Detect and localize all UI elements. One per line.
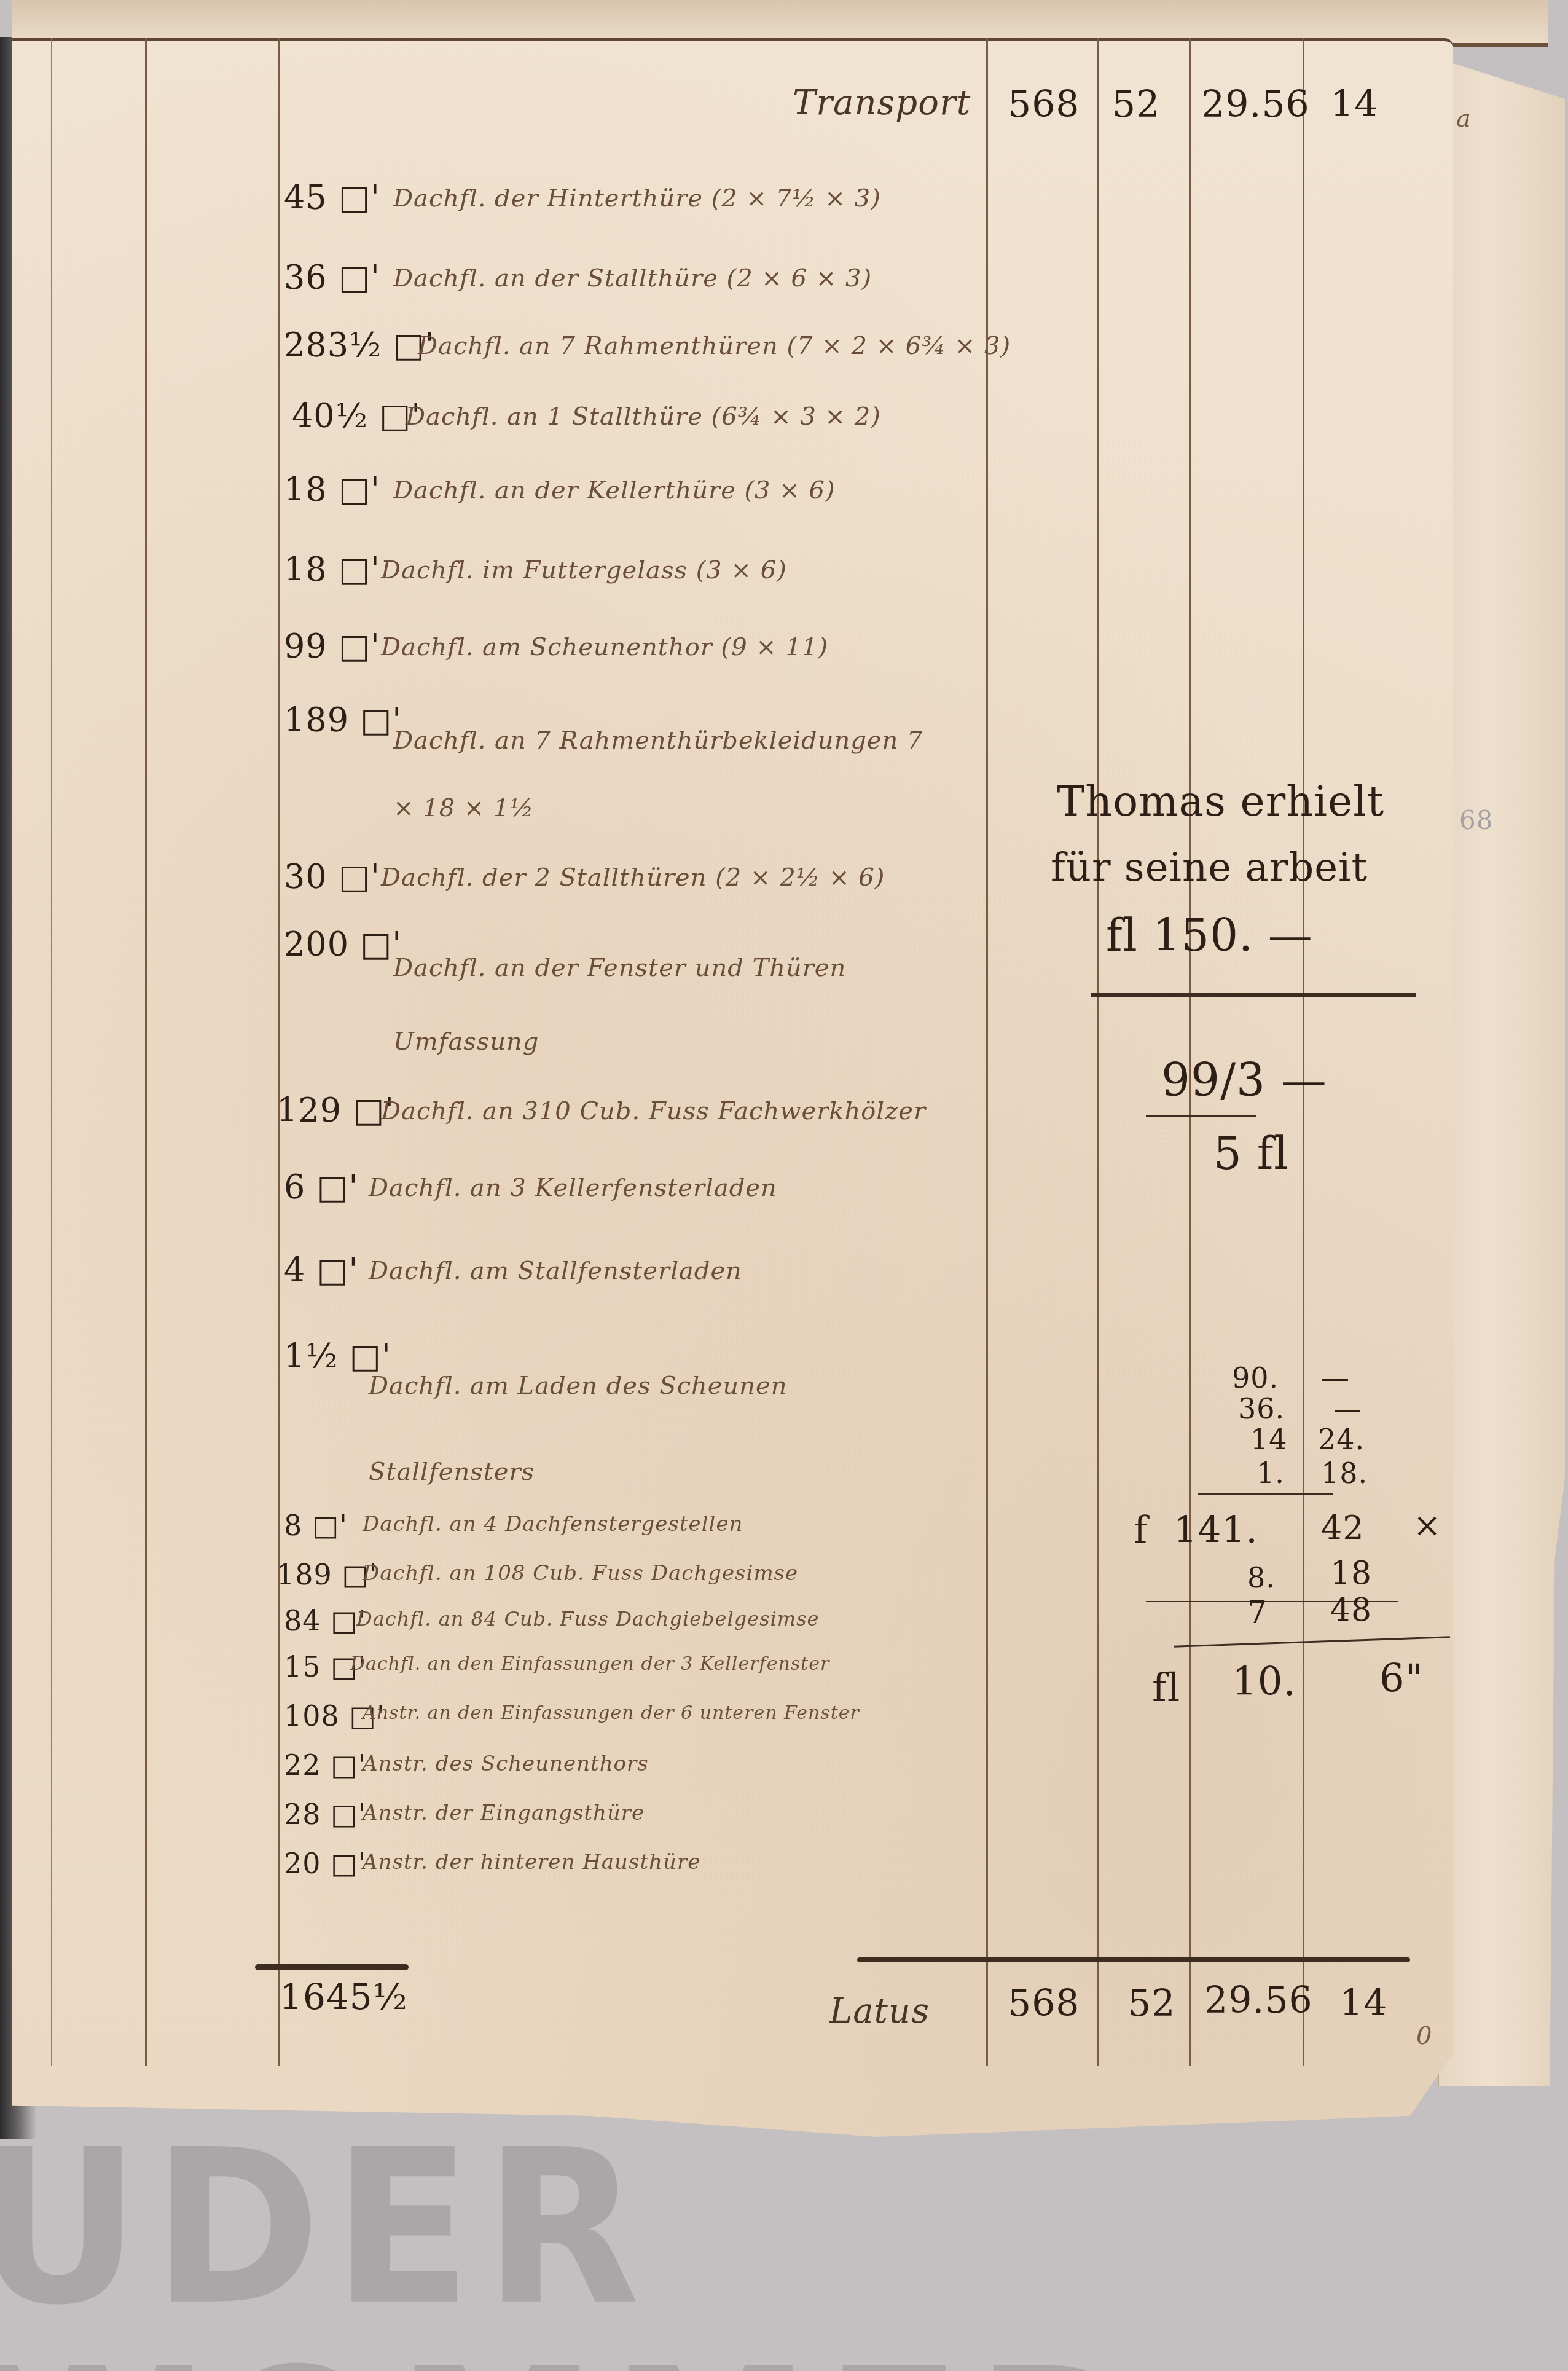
transport-col4: 14 xyxy=(1330,83,1378,126)
calc-row-left: 36. xyxy=(1238,1392,1285,1425)
calc-b: 5 fl xyxy=(1213,1128,1288,1179)
column-rule-6 xyxy=(1303,38,1304,2066)
latus-label: Latus xyxy=(829,1991,930,2031)
column-rule-4 xyxy=(1097,38,1099,2066)
calc-diff-left: 7 xyxy=(1247,1595,1268,1630)
check-mark-x: × xyxy=(1413,1506,1441,1544)
calc-result-prefix: fl xyxy=(1152,1665,1180,1711)
latus-col1: 568 xyxy=(1008,1982,1080,2025)
calc-row-right: — xyxy=(1321,1361,1350,1394)
note-line-2: für seine arbeit xyxy=(1051,845,1368,891)
column-rule-1 xyxy=(145,38,147,2066)
latus-col3: 29.56 xyxy=(1204,1979,1313,2022)
latus-col4: 14 xyxy=(1339,1982,1387,2025)
transport-col3: 29.56 xyxy=(1201,83,1310,126)
calc-row-left: 90. xyxy=(1232,1361,1279,1394)
transport-col2: 52 xyxy=(1112,83,1160,126)
margin-mark-bottom: 0 xyxy=(1416,2022,1432,2050)
margin-mark-top: a xyxy=(1456,104,1472,133)
latus-rule xyxy=(857,1957,1410,1962)
calc-diff-right: 48 xyxy=(1330,1592,1372,1629)
column-rule-margin xyxy=(51,38,52,2066)
total-underline xyxy=(255,1964,409,1970)
calc-result-right: 6" xyxy=(1379,1656,1424,1702)
transport-label: Transport xyxy=(793,83,971,123)
note-line-1: Thomas erhielt xyxy=(1057,777,1384,826)
calc-sub-left: 8. xyxy=(1247,1561,1276,1594)
calc-row-left: 1. xyxy=(1256,1457,1285,1490)
calc-row-right: — xyxy=(1333,1392,1362,1425)
latus-col2: 52 xyxy=(1127,1982,1175,2025)
column-rule-2 xyxy=(278,38,280,2066)
calc-row-right: 24. xyxy=(1318,1423,1365,1456)
calc-a-underline xyxy=(1146,1115,1256,1117)
calc-sum-rule xyxy=(1198,1493,1333,1495)
total-quantity: 1645½ xyxy=(280,1976,408,2018)
pencil-margin-number: 68 xyxy=(1459,805,1493,835)
calc-a: 99/3 — xyxy=(1161,1054,1327,1107)
calc-row-right: 18. xyxy=(1321,1457,1368,1490)
calc-sum-right: 42 xyxy=(1321,1509,1365,1547)
calc-sum-prefix: f xyxy=(1134,1509,1148,1552)
calc-sub-right: 18 xyxy=(1330,1555,1372,1592)
underlying-sheet xyxy=(1438,58,1565,2086)
note-line-3: fl 150. — xyxy=(1106,910,1313,961)
calc-result-left: 10. xyxy=(1232,1659,1296,1705)
transport-col1: 568 xyxy=(1008,83,1080,126)
column-rule-5 xyxy=(1189,38,1191,2066)
watermark-text: UDER WOMMER xyxy=(0,2118,1568,2338)
note-underline xyxy=(1091,993,1416,997)
calc-row-left: 14 xyxy=(1250,1423,1288,1456)
calc-sum-left: 141. xyxy=(1174,1509,1258,1552)
